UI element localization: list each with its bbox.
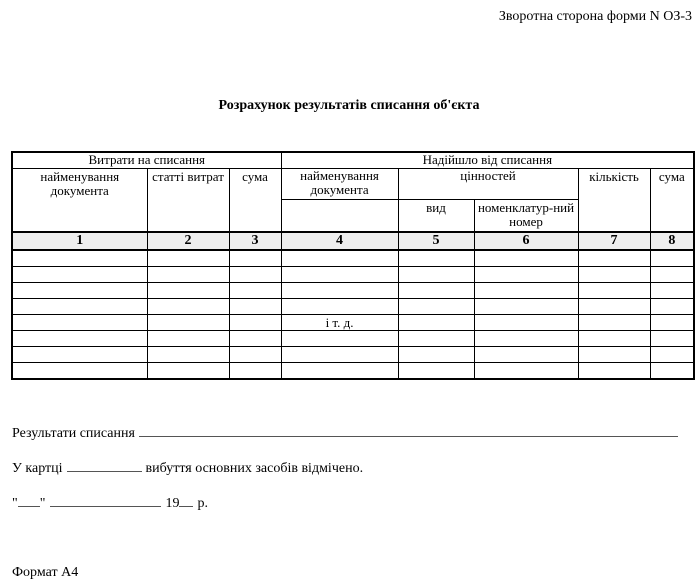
table-cell[interactable] xyxy=(281,347,398,363)
column-number: 5 xyxy=(398,232,474,250)
date-year-prefix: 19 xyxy=(165,496,179,511)
table-cell[interactable] xyxy=(229,283,281,299)
col-header-doc-name-received-blank xyxy=(281,200,398,233)
results-label: Результати списання xyxy=(12,426,135,441)
col-header-expense-items: статті витрат xyxy=(147,169,229,233)
col-header-quantity: кількість xyxy=(578,169,650,233)
card-prefix: У картці xyxy=(12,461,63,476)
table-cell[interactable] xyxy=(147,347,229,363)
table-cell[interactable] xyxy=(12,315,147,331)
table-cell[interactable] xyxy=(578,283,650,299)
table-cell[interactable] xyxy=(281,250,398,267)
table-cell[interactable] xyxy=(147,363,229,380)
table-cell[interactable] xyxy=(12,347,147,363)
table-body: і т. д. xyxy=(12,250,694,379)
col-header-kind: вид xyxy=(398,200,474,233)
table-cell[interactable] xyxy=(650,283,694,299)
column-header-row: найменування документа статті витрат сум… xyxy=(12,169,694,200)
table-cell[interactable] xyxy=(578,315,650,331)
card-suffix: вибуття основних засобів відмічено. xyxy=(146,461,364,476)
col-header-doc-name-received: найменування документа xyxy=(281,169,398,200)
table-cell[interactable] xyxy=(650,250,694,267)
table-cell[interactable] xyxy=(229,299,281,315)
table-cell[interactable] xyxy=(398,267,474,283)
table-cell[interactable] xyxy=(229,363,281,380)
table-cell[interactable] xyxy=(578,250,650,267)
table-row xyxy=(12,363,694,380)
table-row: і т. д. xyxy=(12,315,694,331)
column-number: 3 xyxy=(229,232,281,250)
group-header-received: Надійшло від списання xyxy=(281,152,694,169)
date-month-field[interactable] xyxy=(50,494,161,507)
table-cell[interactable] xyxy=(147,267,229,283)
table-cell[interactable] xyxy=(578,347,650,363)
table-cell[interactable] xyxy=(12,250,147,267)
table-cell[interactable] xyxy=(398,315,474,331)
table-cell[interactable] xyxy=(650,315,694,331)
col-header-nomenclature-number: номенклатур-ний номер xyxy=(474,200,578,233)
table-cell[interactable] xyxy=(398,331,474,347)
table-cell[interactable] xyxy=(281,267,398,283)
table-cell[interactable] xyxy=(281,331,398,347)
table-cell[interactable] xyxy=(650,347,694,363)
table-cell[interactable] xyxy=(12,299,147,315)
table-cell[interactable] xyxy=(12,331,147,347)
table-cell[interactable] xyxy=(650,299,694,315)
table-row xyxy=(12,267,694,283)
column-number: 4 xyxy=(281,232,398,250)
table-cell[interactable] xyxy=(398,363,474,380)
form-reference: Зворотна сторона форми N ОЗ-3 xyxy=(499,9,692,25)
table-cell[interactable] xyxy=(474,267,578,283)
column-number: 8 xyxy=(650,232,694,250)
table-cell[interactable] xyxy=(147,331,229,347)
column-number: 6 xyxy=(474,232,578,250)
card-line: У картцівибуття основних засобів відміче… xyxy=(12,459,363,477)
format-note: Формат А4 xyxy=(12,565,78,581)
calculation-table: Витрати на списання Надійшло від списанн… xyxy=(11,151,695,380)
col-header-sum-expenses: сума xyxy=(229,169,281,233)
table-cell[interactable] xyxy=(147,315,229,331)
table-cell[interactable] xyxy=(12,267,147,283)
results-field[interactable] xyxy=(139,424,678,437)
document-title: Розрахунок результатів списання об'єкта xyxy=(0,98,698,114)
card-number-field[interactable] xyxy=(67,459,142,472)
table-cell[interactable] xyxy=(229,267,281,283)
col-header-sum-received: сума xyxy=(650,169,694,233)
table-cell[interactable] xyxy=(578,267,650,283)
table-row xyxy=(12,331,694,347)
column-number: 1 xyxy=(12,232,147,250)
col-header-valuables: цінностей xyxy=(398,169,578,200)
table-cell[interactable] xyxy=(650,331,694,347)
table-row xyxy=(12,347,694,363)
table-cell[interactable] xyxy=(281,363,398,380)
table-cell[interactable] xyxy=(229,347,281,363)
table-cell[interactable] xyxy=(474,331,578,347)
table-cell[interactable] xyxy=(650,267,694,283)
group-header-row: Витрати на списання Надійшло від списанн… xyxy=(12,152,694,169)
column-number-row: 1 2 3 4 5 6 7 8 xyxy=(12,232,694,250)
col-header-doc-name-expenses: найменування документа xyxy=(12,169,147,233)
results-line: Результати списання xyxy=(12,424,678,442)
date-year-field[interactable] xyxy=(179,494,193,507)
table-cell[interactable] xyxy=(474,250,578,267)
table-cell[interactable] xyxy=(578,331,650,347)
table-cell[interactable] xyxy=(398,347,474,363)
table-cell[interactable] xyxy=(147,283,229,299)
table-cell[interactable] xyxy=(398,299,474,315)
table-cell[interactable] xyxy=(12,283,147,299)
table-cell[interactable] xyxy=(147,299,229,315)
table-cell[interactable] xyxy=(578,363,650,380)
table-cell[interactable] xyxy=(398,283,474,299)
table-cell[interactable] xyxy=(12,363,147,380)
table-row xyxy=(12,250,694,267)
table-cell[interactable] xyxy=(281,299,398,315)
table-cell[interactable]: і т. д. xyxy=(281,315,398,331)
date-day-field[interactable] xyxy=(18,494,40,507)
table-cell[interactable] xyxy=(229,315,281,331)
table-cell[interactable] xyxy=(281,283,398,299)
date-line: ""19р. xyxy=(12,494,208,512)
column-number: 7 xyxy=(578,232,650,250)
table-cell[interactable] xyxy=(229,331,281,347)
date-year-suffix: р. xyxy=(197,496,208,511)
table-cell[interactable] xyxy=(474,363,578,380)
table-row xyxy=(12,283,694,299)
table-cell[interactable] xyxy=(474,283,578,299)
table-cell[interactable] xyxy=(578,299,650,315)
group-header-expenses: Витрати на списання xyxy=(12,152,281,169)
table-cell[interactable] xyxy=(474,299,578,315)
table-cell[interactable] xyxy=(229,250,281,267)
table-cell[interactable] xyxy=(398,250,474,267)
column-number: 2 xyxy=(147,232,229,250)
table-row xyxy=(12,299,694,315)
date-quote-close: " xyxy=(40,496,46,511)
table-cell[interactable] xyxy=(474,347,578,363)
table-cell[interactable] xyxy=(474,315,578,331)
table-cell[interactable] xyxy=(650,363,694,380)
table-cell[interactable] xyxy=(147,250,229,267)
